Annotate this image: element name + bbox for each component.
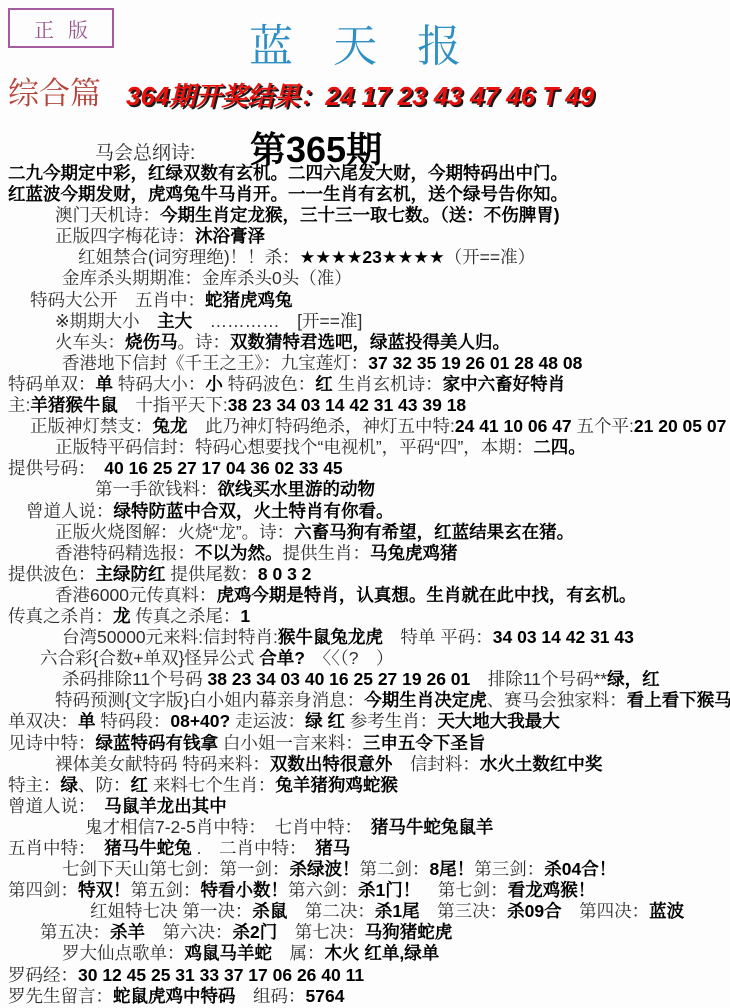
line-segment: 杀04合！ [544, 859, 616, 879]
line-segment: 天大地大我最大 [437, 711, 560, 731]
line-segment: 罗先生留言： [8, 986, 113, 1006]
verse-label: 马会总纲诗: [95, 138, 195, 165]
line-segment: 绿特防蓝中合双，火土特肖有你看。 [114, 501, 394, 521]
text-line: 特主：绿、防：红 来料七个生肖：兔羊猪狗鸡蛇猴 [0, 775, 730, 796]
newspaper-page: 正版 蓝天报 综合篇 364期开奖结果：24 17 23 43 47 46 T … [0, 0, 730, 1008]
line-segment: 30 12 45 25 31 33 37 17 06 26 40 11 [78, 965, 364, 985]
text-line: 红蓝波今期发财，虎鸡兔牛马肖开。一一生肖有玄机，送个绿号告你知。 [0, 184, 730, 205]
line-segment: 兔羊猪狗鸡蛇猴 [275, 775, 398, 795]
line-segment: 兔龙 [153, 416, 188, 436]
line-segment: 蛇猪虎鸡兔 [205, 290, 293, 310]
line-segment: 。诗： [178, 332, 231, 352]
text-line: 正版四字梅花诗：沐浴膏泽 [0, 226, 730, 247]
line-segment: 单 [78, 711, 100, 731]
line-segment: 参考生肖： [350, 711, 438, 731]
content-lines: 二九今期定中彩，红绿双数有玄机。二四六尾发大财，今期特码出中门。红蓝波今期发财，… [0, 163, 730, 1007]
line-segment: 特码大小： [118, 374, 206, 394]
line-segment: 信封料： [392, 754, 480, 774]
text-line: 特码单双：单 特码大小：小 特码波色：红 生肖玄机诗：家中六畜好特肖 [0, 374, 730, 395]
line-segment: 杀羊 [110, 922, 145, 942]
text-line: 罗码经：30 12 45 25 31 33 37 17 06 26 40 11 [0, 965, 730, 986]
text-line: 香港6000元传真料：虎鸡今期是特肖，认真想。生肖就在此中找，有玄机。 [0, 585, 730, 606]
line-segment: 七剑下天山第七剑：第一剑： [62, 859, 290, 879]
line-segment: 5764 [306, 986, 345, 1006]
line-segment: 1 [240, 606, 250, 626]
line-segment: 马鼠羊龙出其中 [87, 796, 227, 816]
line-segment: 单双决： [8, 711, 78, 731]
line-segment: 杀09合 [507, 901, 561, 921]
text-line: 杀码排除11个号码 38 23 34 03 40 16 25 27 19 26 … [0, 669, 730, 690]
line-segment: 红蓝波今期发财，虎鸡兔牛马肖开。一一生肖有玄机，送个绿号告你知。 [8, 184, 568, 204]
line-segment: 红姐禁合(词穷理绝)！！杀： [78, 247, 300, 267]
text-line: 罗大仙点歌单：鸡鼠马羊蛇 属：木火 红单,绿单 [0, 943, 730, 964]
line-segment: 34 03 14 42 31 43 [493, 627, 634, 647]
line-segment: 杀绿波！ [290, 859, 360, 879]
line-segment: 金库杀头期期准：金库杀头0头（准） [62, 268, 352, 288]
line-segment: 第四剑： [8, 880, 78, 900]
line-segment: 绿蓝特码有钱拿 [96, 733, 223, 753]
text-line: 五肖中特： 猪马牛蛇兔 . 二肖中特： 猪马 [0, 838, 730, 859]
line-segment: 五肖中特： [8, 838, 87, 858]
text-line: 正版神灯禁支：兔龙 此乃神灯特码绝杀，神灯五中特:24 41 10 06 47 … [0, 416, 730, 437]
line-segment: 特码波色： [228, 374, 316, 394]
text-line: 香港特码精选报：不以为然。提供生肖：马兔虎鸡猪 [0, 543, 730, 564]
line-segment: 罗码经： [8, 965, 78, 985]
text-line: 正版特平码信封：特码心想要找个“电视机”，平码“四”，本期：二四。 [0, 437, 730, 458]
line-segment: 提供尾数： [170, 564, 258, 584]
line-segment: 红 [131, 775, 149, 795]
line-segment: ※期期大小 [55, 311, 157, 331]
line-segment: 提供号码： [8, 458, 104, 478]
line-segment: 看上看下猴马出 [627, 690, 730, 710]
line-segment: 香港特码精选报： [55, 543, 195, 563]
line-segment: 罗大仙点歌单： [62, 943, 185, 963]
line-segment: 8 0 3 2 [258, 564, 312, 584]
line-segment: 第六决： [145, 922, 233, 942]
line-segment: 蛇鼠虎鸡中特码 [113, 986, 253, 1006]
text-line: 提供号码： 40 16 25 27 17 04 36 02 33 45 [0, 458, 730, 479]
line-segment: 双数猜特君选吧，绿蓝投得美人归。 [230, 332, 510, 352]
text-line: 第五决：杀羊 第六决：杀2门 第七决：马狗猪蛇虎 [0, 922, 730, 943]
text-line: 七剑下天山第七剑：第一剑：杀绿波！第二剑：8尾！第三剑：杀04合！ [0, 859, 730, 880]
line-segment: 见诗中特： [8, 733, 96, 753]
line-segment: 小 [205, 374, 227, 394]
line-segment: （开==准） [445, 247, 535, 267]
line-segment: 红 [315, 374, 337, 394]
line-segment: 提供波色： [8, 564, 96, 584]
text-line: 特码预测{文字版}白小姐内幕亲身消息：今期生肖决定虎、赛马会独家料：看上看下猴马… [0, 690, 730, 711]
line-segment: 走运波： [235, 711, 305, 731]
line-segment: 杀2门 [233, 922, 278, 942]
line-segment: 马狗猪蛇虎 [365, 922, 453, 942]
line-segment: 绿 [61, 775, 79, 795]
line-segment: 龙 [113, 606, 135, 626]
line-segment: 水火土数红中奖 [480, 754, 603, 774]
line-segment: 组码： [253, 986, 306, 1006]
line-segment: 杀码排除11个号码 [62, 669, 208, 689]
line-segment: 38 23 34 03 40 16 25 27 19 26 01 [208, 669, 471, 689]
line-segment: 第五决： [40, 922, 110, 942]
line-segment: 猪马 [298, 838, 351, 858]
line-segment: 提供生肖： [283, 543, 371, 563]
line-segment: 六合彩{合数+单双}怪异公式 [40, 648, 259, 668]
text-line: 台湾50000元来料:信封特肖:猴牛鼠兔龙虎 特单 平码：34 03 14 42… [0, 627, 730, 648]
text-line: 裸体美女献特码 特码来料：双数出特很意外 信封料：水火土数红中奖 [0, 754, 730, 775]
text-line: 第一手欲钱料：欲线买水里游的动物 [0, 479, 730, 500]
line-segment: 今期生肖决定虎 [364, 690, 487, 710]
authentic-badge-label: 正版 [34, 14, 102, 43]
text-line: 香港地下信封《千王之王》：九宝莲灯：37 32 35 19 26 01 28 4… [0, 353, 730, 374]
line-segment: 40 16 25 27 17 04 36 02 33 45 [104, 458, 342, 478]
line-segment: 排除11个号码** [470, 669, 607, 689]
line-segment: 双数出特很意外 [270, 754, 393, 774]
line-segment: 台湾50000元来料:信封特肖: [62, 627, 278, 647]
line-segment: 猴牛鼠兔龙虎 [278, 627, 383, 647]
line-segment: 绿 红 [305, 711, 350, 731]
line-segment: 今期生肖定龙猴，三十三一取七数。（送：不伤脾胃) [160, 205, 560, 225]
line-segment: 家中六畜好特肖 [443, 374, 566, 394]
line-segment: 蓝波 [649, 901, 684, 921]
line-segment: 烧伤马 [125, 332, 178, 352]
line-segment: ………… [开==准] [192, 311, 362, 331]
line-segment: 特主： [8, 775, 61, 795]
line-segment: 红姐特七决 第一决： [90, 901, 252, 921]
text-line: 第四剑：特双！第五剑：特看小数！第六剑：杀1门！ 第七剑：看龙鸡猴！ [0, 880, 730, 901]
line-segment: 五个平: [577, 416, 634, 436]
text-line: 金库杀头期期准：金库杀头0头（准） [0, 268, 730, 289]
line-segment: 曾道人说： [8, 796, 87, 816]
line-segment: 澳门天机诗： [55, 205, 160, 225]
line-segment: 欲线买水里游的动物 [218, 479, 376, 499]
line-segment: 曾道人说： [26, 501, 114, 521]
text-line: 曾道人说： 马鼠羊龙出其中 [0, 796, 730, 817]
page-title: 蓝天报 [249, 10, 501, 74]
line-segment: 合单? [259, 648, 305, 668]
line-segment: 特双！ [78, 880, 131, 900]
line-segment: 特码单双： [8, 374, 96, 394]
line-segment: 第二决： [287, 901, 375, 921]
line-segment: 火车头： [55, 332, 125, 352]
line-segment: 第一手欲钱料： [95, 479, 218, 499]
text-line: 二九今期定中彩，红绿双数有玄机。二四六尾发大财，今期特码出中门。 [0, 163, 730, 184]
line-segment: ★★★★23★★★★ [300, 247, 445, 267]
line-segment: 传真之杀肖： [8, 606, 113, 626]
line-segment: 第三决： [420, 901, 508, 921]
line-segment: 猪马牛蛇兔 [87, 838, 192, 858]
line-segment: 沐浴膏泽 [195, 226, 265, 246]
line-segment: 此乃神灯特码绝杀，神灯五中特: [188, 416, 455, 436]
line-segment: 24 41 10 06 47 [455, 416, 577, 436]
text-line: 鬼才相信7-2-5肖中特： 七肖中特： 猪马牛蛇兔鼠羊 [0, 817, 730, 838]
line-segment: 绿，红 [607, 669, 660, 689]
line-segment: 主绿防红 [96, 564, 171, 584]
line-segment: 虎鸡今期是特肖，认真想。生肖就在此中找，有玄机。 [216, 585, 636, 605]
line-segment: 二四。 [533, 437, 586, 457]
text-line: 见诗中特：绿蓝特码有钱拿 白小姐一言来料：三申五令下圣旨 [0, 733, 730, 754]
line-segment: 杀1门！ [358, 880, 420, 900]
line-segment: 马兔虎鸡猪 [370, 543, 458, 563]
line-segment: 香港地下信封《千王之王》：九宝莲灯： [62, 353, 368, 373]
line-segment: 属： [272, 943, 325, 963]
line-segment: 21 20 05 07 13 [634, 416, 730, 436]
text-line: 单双决：单 特码段：08+40? 走运波：绿 红 参考生肖：天大地大我最大 [0, 711, 730, 732]
text-line: 传真之杀肖：龙 传真之杀尾：1 [0, 606, 730, 627]
text-line: 特码大公开 五肖中：蛇猪虎鸡兔 [0, 290, 730, 311]
text-line: 罗先生留言：蛇鼠虎鸡中特码 组码：5764 [0, 986, 730, 1007]
line-segment: 8尾！ [430, 859, 475, 879]
text-line: 红姐禁合(词穷理绝)！！杀：★★★★23★★★★（开==准） [0, 247, 730, 268]
line-segment: 第三剑： [474, 859, 544, 879]
line-segment: 、赛马会独家料： [487, 690, 627, 710]
authentic-badge: 正版 [8, 8, 114, 48]
text-line: 曾道人说：绿特防蓝中合双，火土特肖有你看。 [0, 501, 730, 522]
line-segment: 特单 平码： [383, 627, 493, 647]
line-segment: 单 [96, 374, 118, 394]
line-segment: 十指平天下: [118, 395, 228, 415]
text-line: 六合彩{合数+单双}怪异公式 合单? 〈〈（? ） [0, 648, 730, 669]
line-segment: 来料七个生肖： [148, 775, 275, 795]
line-segment: 二九今期定中彩，红绿双数有玄机。二四六尾发大财，今期特码出中门。 [8, 163, 568, 183]
line-segment: 主大 [157, 311, 192, 331]
text-line: 红姐特七决 第一决：杀鼠 第二决：杀1尾 第三决：杀09合 第四决：蓝波 [0, 901, 730, 922]
text-line: 提供波色：主绿防红 提供尾数：8 0 3 2 [0, 564, 730, 585]
line-segment: 裸体美女献特码 特码来料： [55, 754, 270, 774]
line-segment: 羊猪猴牛鼠 [30, 395, 118, 415]
line-segment: 香港6000元传真料： [55, 585, 216, 605]
line-segment: 第七决： [277, 922, 365, 942]
line-segment: 六畜马狗有希望，红蓝结果玄在猪。 [294, 522, 574, 542]
line-segment: 37 32 35 19 26 01 28 48 08 [368, 353, 582, 373]
line-segment: 正版火烧图解：火烧“龙”。诗： [55, 522, 294, 542]
line-segment: 第五剑： [131, 880, 201, 900]
line-segment: 猪马牛蛇兔鼠羊 [353, 817, 493, 837]
text-line: 火车头：烧伤马。诗：双数猜特君选吧，绿蓝投得美人归。 [0, 332, 730, 353]
masthead: 马会总纲诗: 第365期 [0, 126, 730, 164]
line-segment: 木火 红单,绿单 [325, 943, 440, 963]
text-line: ※期期大小 主大 ………… [开==准] [0, 311, 730, 332]
line-segment: 特码大公开 五肖中： [30, 290, 205, 310]
line-segment: 第四决： [562, 901, 650, 921]
line-segment: . 二肖中特： [192, 838, 298, 858]
line-segment: 传真之杀尾： [135, 606, 240, 626]
line-segment: 正版特平码信封：特码心想要找个“电视机”，平码“四”，本期： [55, 437, 533, 457]
line-segment: 38 23 34 03 14 42 31 43 39 18 [228, 395, 466, 415]
line-segment: 特看小数！ [201, 880, 289, 900]
line-segment: 正版四字梅花诗： [55, 226, 195, 246]
line-segment: 看龙鸡猴！ [508, 880, 596, 900]
text-line: 正版火烧图解：火烧“龙”。诗：六畜马狗有希望，红蓝结果玄在猪。 [0, 522, 730, 543]
line-segment: 生肖玄机诗： [338, 374, 443, 394]
text-line: 主:羊猪猴牛鼠 十指平天下:38 23 34 03 14 42 31 43 39… [0, 395, 730, 416]
line-segment: 第六剑： [288, 880, 358, 900]
line-segment: 杀1尾 [375, 901, 420, 921]
line-segment: 主: [8, 395, 30, 415]
line-segment: 杀鼠 [252, 901, 287, 921]
line-segment: 不以为然。 [195, 543, 283, 563]
line-segment: 白小姐一言来料： [223, 733, 363, 753]
line-segment: 特码段： [100, 711, 170, 731]
section-label: 综合篇 [8, 68, 101, 113]
line-segment: 、防： [78, 775, 131, 795]
line-segment: 特码预测{文字版}白小姐内幕亲身消息： [55, 690, 364, 710]
line-segment: 〈〈（? ） [305, 648, 393, 668]
line-segment: 鸡鼠马羊蛇 [185, 943, 273, 963]
line-segment: 第七剑： [420, 880, 508, 900]
line-segment: 08+40? [170, 711, 235, 731]
line-segment: 鬼才相信7-2-5肖中特： 七肖中特： [85, 817, 353, 837]
text-line: 澳门天机诗：今期生肖定龙猴，三十三一取七数。（送：不伤脾胃) [0, 205, 730, 226]
line-segment: 第二剑： [360, 859, 430, 879]
draw-result: 364期开奖结果：24 17 23 43 47 46 T 49 [126, 76, 594, 113]
line-segment: 正版神灯禁支： [30, 416, 153, 436]
line-segment: 三申五令下圣旨 [363, 733, 486, 753]
